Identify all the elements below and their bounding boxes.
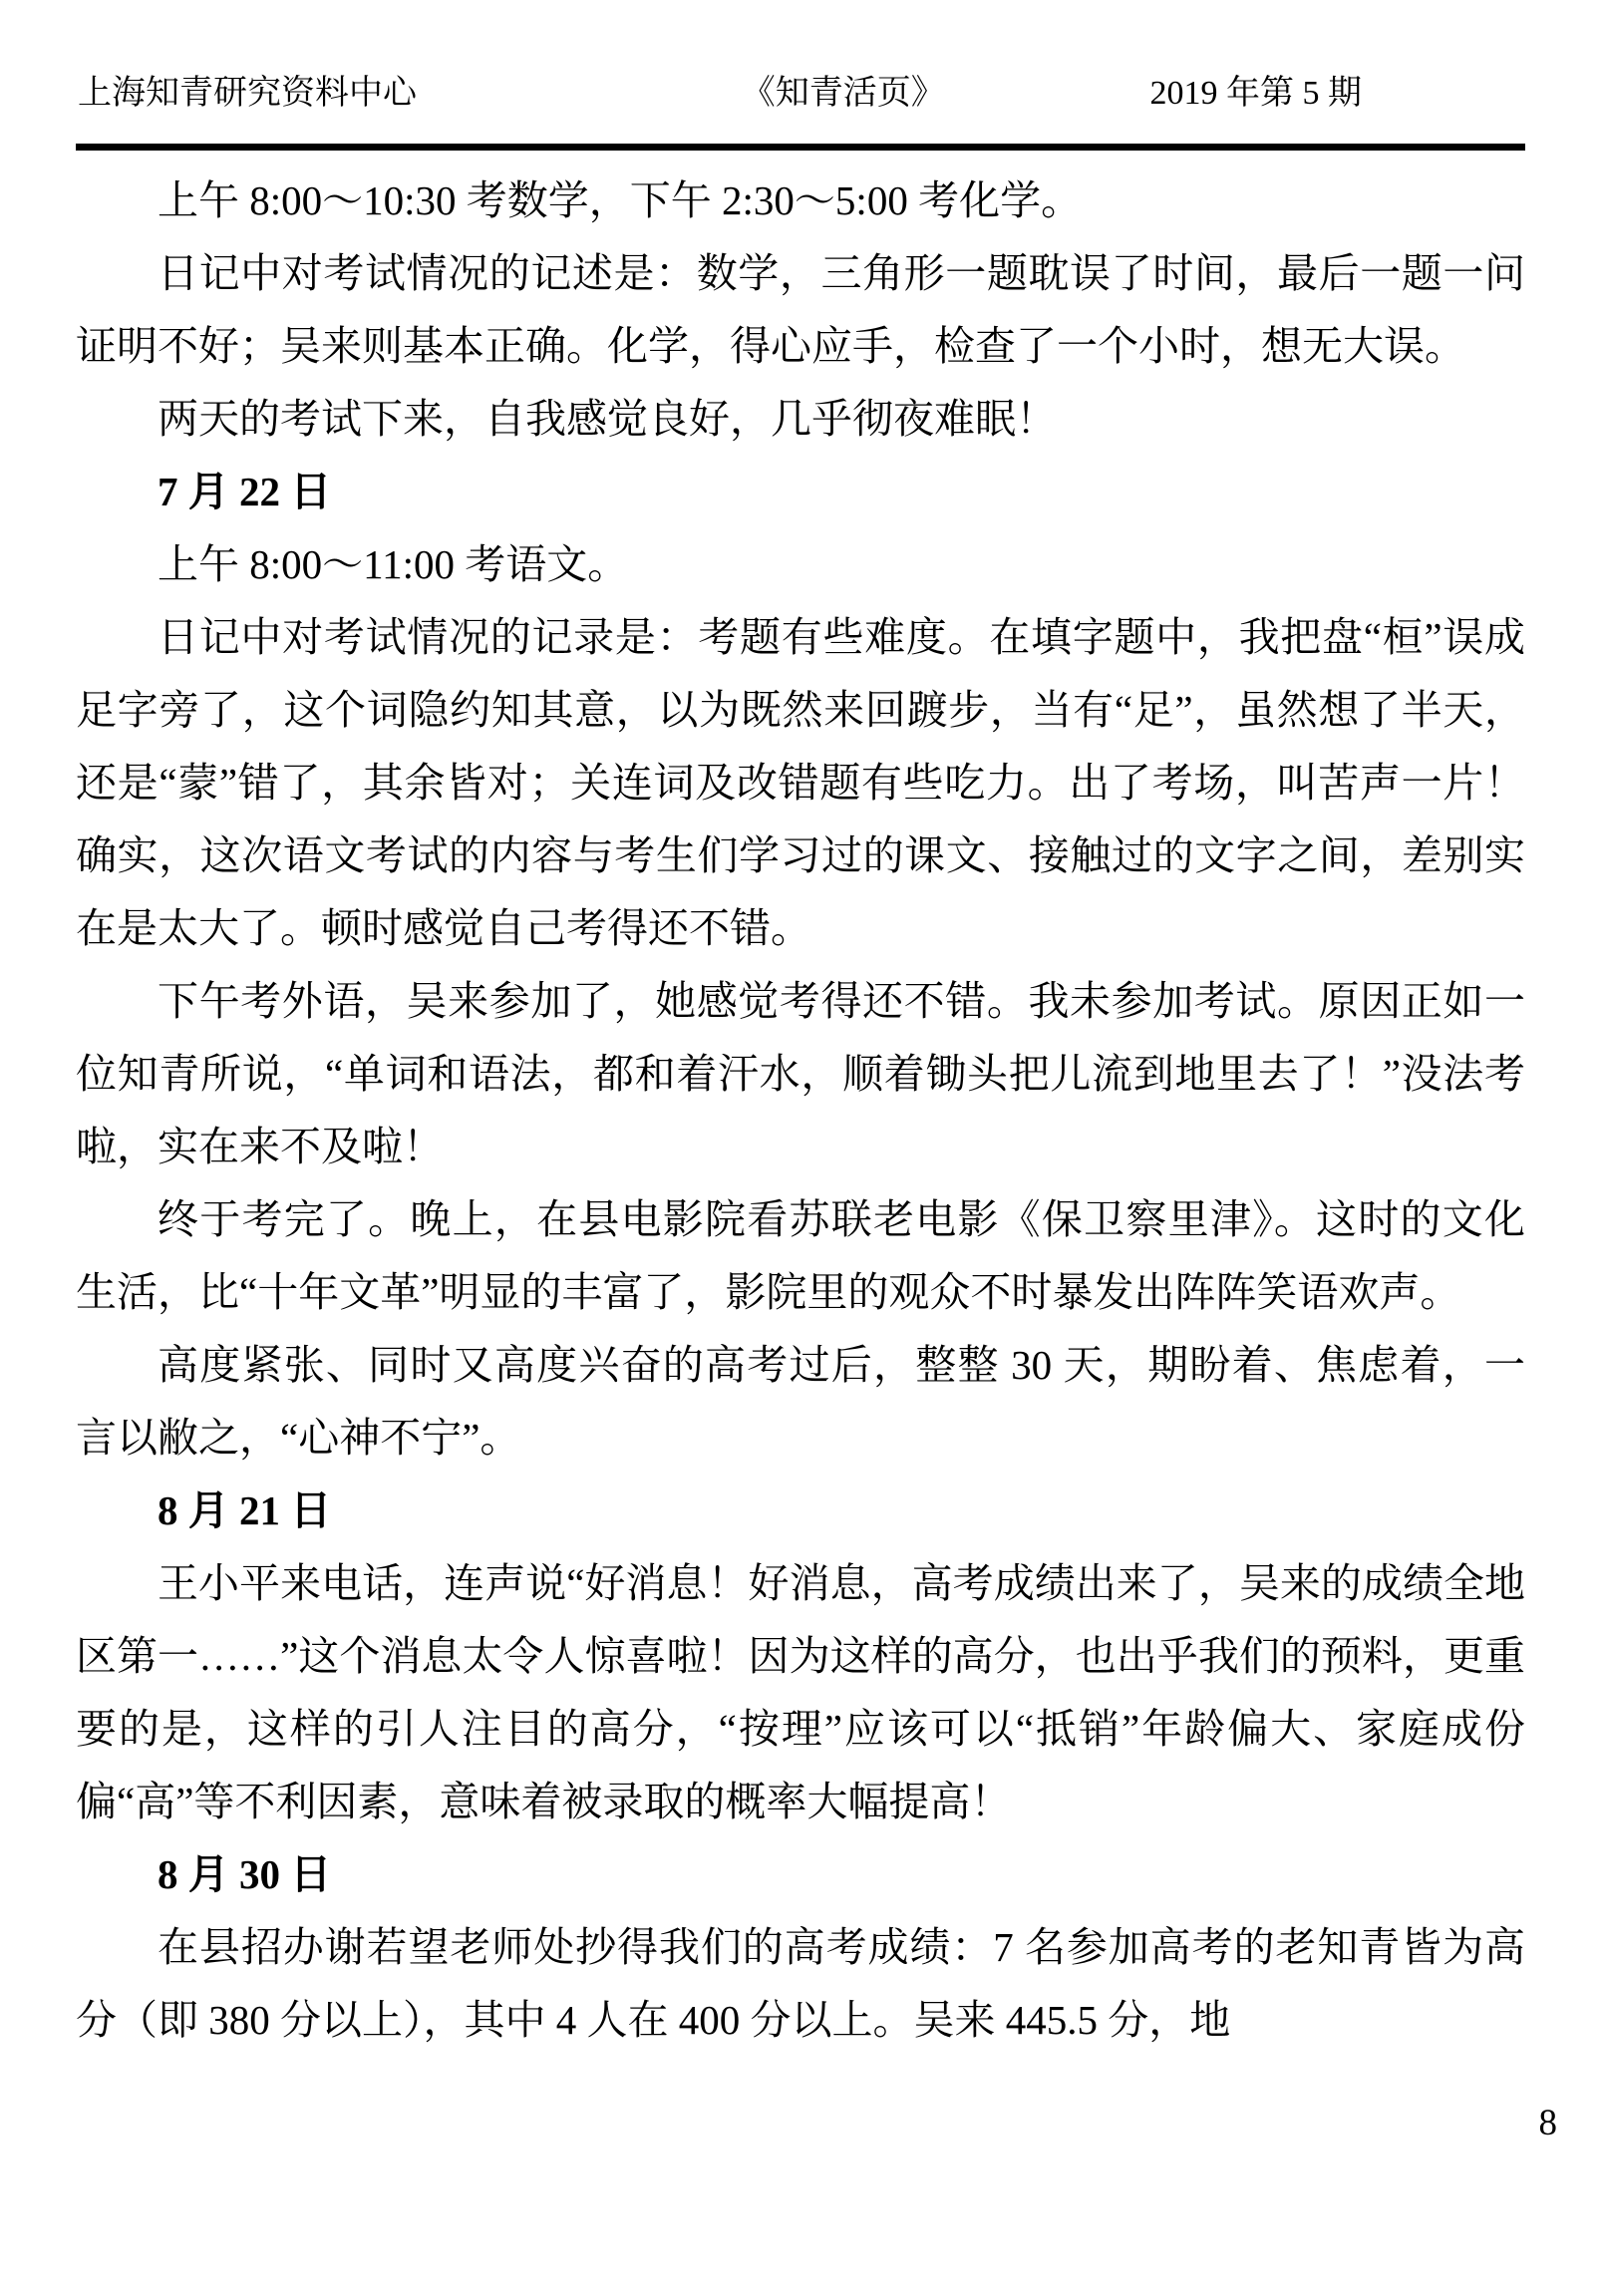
body-paragraph: 上午 8:00～10:30 考数学，下午 2:30～5:00 考化学。	[76, 164, 1525, 237]
header-issue-number: 2019 年第 5 期	[1150, 74, 1363, 114]
document-page: 上海知青研究资料中心 《知青活页》 2019 年第 5 期 上午 8:00～10…	[0, 0, 1601, 2296]
document-body: 上午 8:00～10:30 考数学，下午 2:30～5:00 考化学。 日记中对…	[76, 164, 1525, 2057]
body-paragraph: 下午考外语，吴来参加了，她感觉考得还不错。我未参加考试。原因正如一位知青所说，“…	[76, 965, 1525, 1183]
body-paragraph: 日记中对考试情况的记录是：考题有些难度。在填字题中，我把盘“桓”误成足字旁了，这…	[76, 601, 1525, 965]
header-publication-title: 《知青活页》	[742, 74, 945, 114]
body-paragraph: 高度紧张、同时又高度兴奋的高考过后，整整 30 天，期盼着、焦虑着，一言以敝之，…	[76, 1329, 1525, 1475]
date-heading: 8 月 30 日	[76, 1838, 1525, 1911]
body-paragraph: 王小平来电话，连声说“好消息！好消息，高考成绩出来了，吴来的成绩全地区第一……”…	[76, 1547, 1525, 1838]
body-paragraph: 两天的考试下来，自我感觉良好，几乎彻夜难眠！	[76, 383, 1525, 456]
page-number: 8	[1539, 2102, 1558, 2144]
header-divider	[76, 144, 1525, 151]
body-paragraph: 上午 8:00～11:00 考语文。	[76, 528, 1525, 601]
date-heading: 8 月 21 日	[76, 1475, 1525, 1547]
body-paragraph: 在县招办谢若望老师处抄得我们的高考成绩：7 名参加高考的老知青皆为高分（即 38…	[76, 1911, 1525, 2057]
body-paragraph: 日记中对考试情况的记述是：数学，三角形一题耽误了时间，最后一题一问证明不好；吴来…	[76, 237, 1525, 383]
body-paragraph: 终于考完了。晚上，在县电影院看苏联老电影《保卫察里津》。这时的文化生活，比“十年…	[76, 1183, 1525, 1329]
header-organization: 上海知青研究资料中心	[78, 74, 417, 114]
date-heading: 7 月 22 日	[76, 456, 1525, 528]
page-header: 上海知青研究资料中心 《知青活页》 2019 年第 5 期	[0, 74, 1601, 114]
